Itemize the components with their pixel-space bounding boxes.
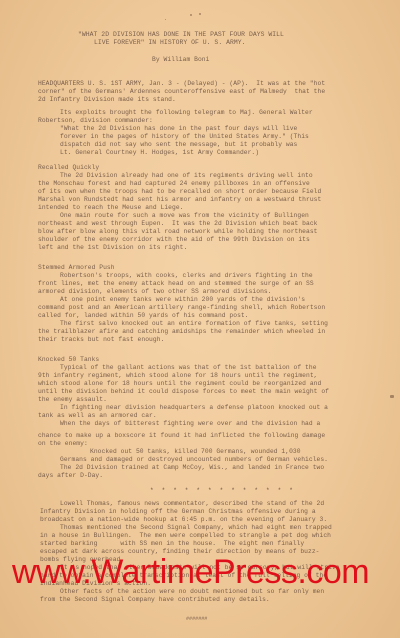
paragraph-line: on the enemy: [38,440,88,447]
paragraph-line: of its own when the troops had to be rec… [38,188,321,195]
paragraph-line: The first salvo knocked out an entire fo… [60,320,328,327]
paragraph-line: forever in the pages of history of the U… [60,133,309,140]
paragraph-line: their tracks but not fast enough. [38,336,164,343]
paragraph-line: 9th infantry regiment, which stood alone… [38,372,318,379]
paragraph-line: armored division, elements of two other … [38,288,272,295]
paragraph-line: 2d Infantry Division made its stand. [38,96,176,103]
paragraph-line: days after D-Day. [38,472,103,479]
paragraph-line: In fighting near division headquarters a… [60,404,328,411]
section-separator: * * * * * * * * * * * * * [150,487,295,494]
paper-speck [190,14,192,16]
paper-speck [390,395,394,398]
paragraph-line: When the days of bitterest fighting were… [60,420,320,427]
end-mark: ####### [186,616,207,623]
paragraph-line: broadcast on a nation-wide hookup at 6:4… [40,516,327,523]
paragraph-line: called for, landed within 50 yards of hi… [38,312,249,319]
paragraph-line: The 2d Division trained at Camp McCoy, W… [60,464,324,471]
paragraph-line: Robertson, division commander: [38,117,153,124]
section-heading: Stemmed Armored Push [38,264,115,271]
paragraph-line: Knocked out 50 tanks, killed 700 Germans… [90,448,301,455]
paragraph-line: The 2d Division already had one of its r… [60,172,313,179]
paragraph-line: started barking with SS men in the house… [40,540,304,547]
paragraph-line: HEADQUARTERS U. S. 1ST ARMY, Jan. 3 - (D… [38,80,325,87]
paragraph-line: Typical of the gallant actions was that … [60,364,317,371]
paragraph-line: in a house in Bullingen. The men were co… [40,532,331,539]
paragraph-line: left and the 1st Division on its right. [38,244,187,251]
watermark-text: www.WartimePress.com [12,552,400,592]
paragraph-line: Infantry Division in holding off the Ger… [40,508,316,515]
section-heading: Knocked 50 Tanks [38,356,99,363]
paragraph-line: dispatch did not say who sent the messag… [60,141,297,148]
paragraph-line: tank as well as an armored car. [38,412,157,419]
paragraph-line: the trailblazer afire and catching amids… [38,328,325,335]
paper-speck [199,13,201,15]
paragraph-line: front lines, met the enemy attack head o… [38,280,314,287]
paragraph-line: the enemy assault. [38,396,107,403]
paragraph-line: One main route for such a move was from … [60,212,309,219]
paragraph-line: Lowell Thomas, famous news commentator, … [60,500,324,507]
paragraph-line: Germans and damaged or destroyed uncount… [60,456,328,463]
paragraph-line: intended to reach the Meuse and Liege. [38,204,184,211]
paragraph-line: At one point enemy tanks were within 200… [60,296,305,303]
paper-speck [165,19,166,20]
paragraph-line: "What the 2d Division has done in the pa… [60,125,297,132]
byline: By William Boni [152,56,209,63]
paragraph-line: Robertson's troops, with cooks, clerks a… [60,272,313,279]
paragraph-line: until the division behind it could dispo… [38,388,329,395]
paragraph-line: command post and an American artillery r… [38,304,325,311]
document-title-line-2: LIVE FOREVER" IN HISTORY OF U. S. ARMY. [94,39,246,46]
paragraph-line: blow after blow along this vital road ne… [38,228,318,235]
document-page: "WHAT 2D DIVISION HAS DONE IN THE PAST F… [0,0,400,638]
paragraph-line: Marshal von Rundstedt had sent his armor… [38,196,321,203]
paragraph-line: which stood alone for 18 hours until the… [38,380,321,387]
paragraph-line: corner" of the Germans' Ardennes counter… [38,88,325,95]
paragraph-line: Thomas mentioned the Second Signal Compa… [60,524,332,531]
paragraph-line: Its exploits brought the following teleg… [60,109,313,116]
paragraph-line: Lt. General Courtney H. Hodges, 1st Army… [60,149,259,156]
paragraph-line: chance to make up a boxscore it found it… [38,432,325,439]
paragraph-line: northeast and west through Eupen. It was… [38,220,318,227]
paragraph-line: from the Second Signal Company have cont… [40,596,270,603]
document-title-line-1: "WHAT 2D DIVISION HAS DONE IN THE PAST F… [78,31,284,38]
section-heading: Recalled Quickly [38,164,99,171]
paragraph-line: the Monschau forest and had captured 24 … [38,180,310,187]
paragraph-line: shoulder of the enemy corridor with the … [38,236,310,243]
